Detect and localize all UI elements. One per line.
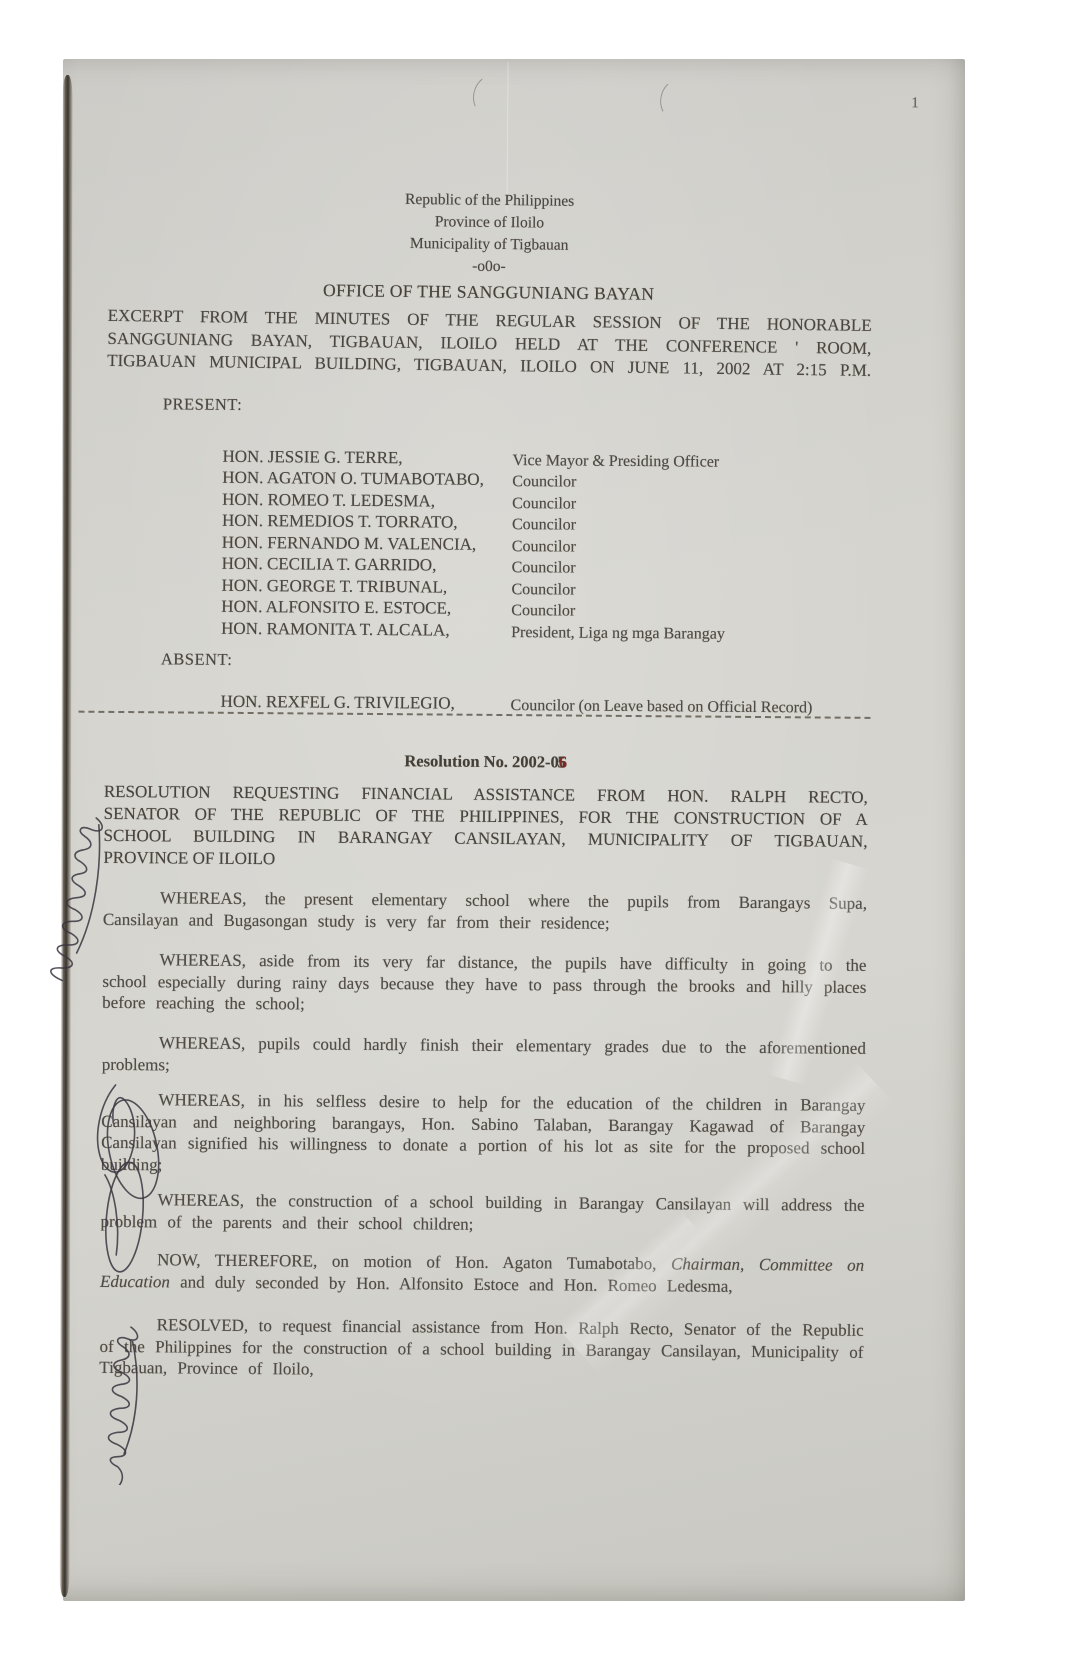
clause-text: and duly seconded by Hon. Alfonsito Esto… [170, 1272, 733, 1295]
attendee-role: Councilor [512, 559, 576, 578]
scanned-document-photo: { "document": { "page_number": "1", "hea… [0, 0, 1088, 1664]
page-content: 1 Republic of the Philippines Province o… [52, 59, 966, 1608]
attendee-name: HON. REMEDIOS T. TORRATO, [222, 511, 458, 533]
clause-text: NOW, THEREFORE, on motion of Hon. Agaton… [157, 1250, 671, 1273]
attendee-role: Councilor [512, 516, 576, 535]
attendee-role: Vice Mayor & Presiding Officer [512, 452, 719, 472]
crease-mark [469, 73, 506, 117]
absent-row: HON. REXFEL G. TRIVILEGIO, Councilor (on… [59, 691, 961, 698]
crease-mark [657, 78, 691, 120]
margin-signature-lower [76, 1285, 153, 1486]
resolution-title: RESOLUTION REQUESTING FINANCIAL ASSISTAN… [103, 781, 868, 875]
attendee-role: Councilor [511, 581, 575, 600]
absent-label: ABSENT: [161, 649, 233, 670]
page-number: 1 [911, 95, 919, 112]
excerpt-paragraph: EXCERPT FROM THE MINUTES OF THE REGULAR … [107, 305, 872, 382]
attendee-role: Councilor [511, 602, 575, 621]
attendee-row: HON. JESSIE G. TERRE, Vice Mayor & Presi… [61, 446, 963, 453]
attendee-row: HON. GEORGE T. TRIBUNAL, Councilor [60, 575, 962, 582]
attendee-name: HON. GEORGE T. TRIBUNAL, [221, 576, 447, 598]
whereas-clause: WHEREAS, aside from its very far distanc… [102, 949, 866, 1019]
document-page: 1 Republic of the Philippines Province o… [63, 59, 965, 1601]
attendee-name: HON. CECILIA T. GARRIDO, [222, 554, 437, 576]
present-label: PRESENT: [163, 394, 242, 415]
overwritten-digit: 6 [559, 752, 567, 772]
attendee-row: HON. RAMONITA T. ALCALA, President, Liga… [59, 618, 961, 625]
attendee-name: HON. JESSIE G. TERRE, [222, 447, 402, 468]
attendee-name: HON. REXFEL G. TRIVILEGIO, [221, 692, 455, 714]
whereas-clause: WHEREAS, pupils could hardly finish thei… [102, 1032, 866, 1081]
now-therefore-clause: NOW, THEREFORE, on motion of Hon. Agaton… [100, 1249, 864, 1298]
attendee-name: HON. RAMONITA T. ALCALA, [221, 619, 450, 641]
resolution-number-prefix: Resolution No. 2002-0 [404, 751, 559, 771]
attendee-role: Councilor [512, 495, 576, 514]
resolved-clause: RESOLVED, to request financial assistanc… [99, 1314, 863, 1384]
document-header: Republic of the Philippines Province of … [108, 186, 871, 308]
attendee-name: HON. AGATON O. TUMABOTABO, [222, 468, 484, 490]
attendee-name: HON. ALFONSITO E. ESTOCE, [221, 597, 451, 619]
attendee-name: HON. ROMEO T. LEDESMA, [222, 490, 435, 512]
resolution-number: Resolution No. 2002-065 [104, 749, 866, 775]
margin-signature-upper [42, 784, 129, 990]
attendee-role: President, Liga ng mga Barangay [511, 624, 725, 644]
whereas-clause: WHEREAS, the construction of a school bu… [100, 1189, 864, 1238]
attendee-name: HON. FERNANDO M. VALENCIA, [222, 533, 477, 555]
attendee-role: Councilor [512, 538, 576, 557]
attendee-row: HON. FERNANDO M. VALENCIA, Councilor [60, 532, 962, 539]
attendee-row: HON. ALFONSITO E. ESTOCE, Councilor [59, 596, 961, 603]
attendee-role: Councilor [512, 473, 576, 492]
attendee-row: HON. ROMEO T. LEDESMA, Councilor [60, 489, 962, 496]
whereas-clause: WHEREAS, the present elementary school w… [103, 887, 867, 936]
margin-pen-scribble [80, 1079, 187, 1285]
header-office: OFFICE OF THE SANGGUNIANG BAYAN [108, 277, 870, 308]
whereas-clause: WHEREAS, in his selfless desire to help … [101, 1089, 866, 1181]
attendee-row: HON. REMEDIOS T. TORRATO, Councilor [60, 510, 962, 517]
